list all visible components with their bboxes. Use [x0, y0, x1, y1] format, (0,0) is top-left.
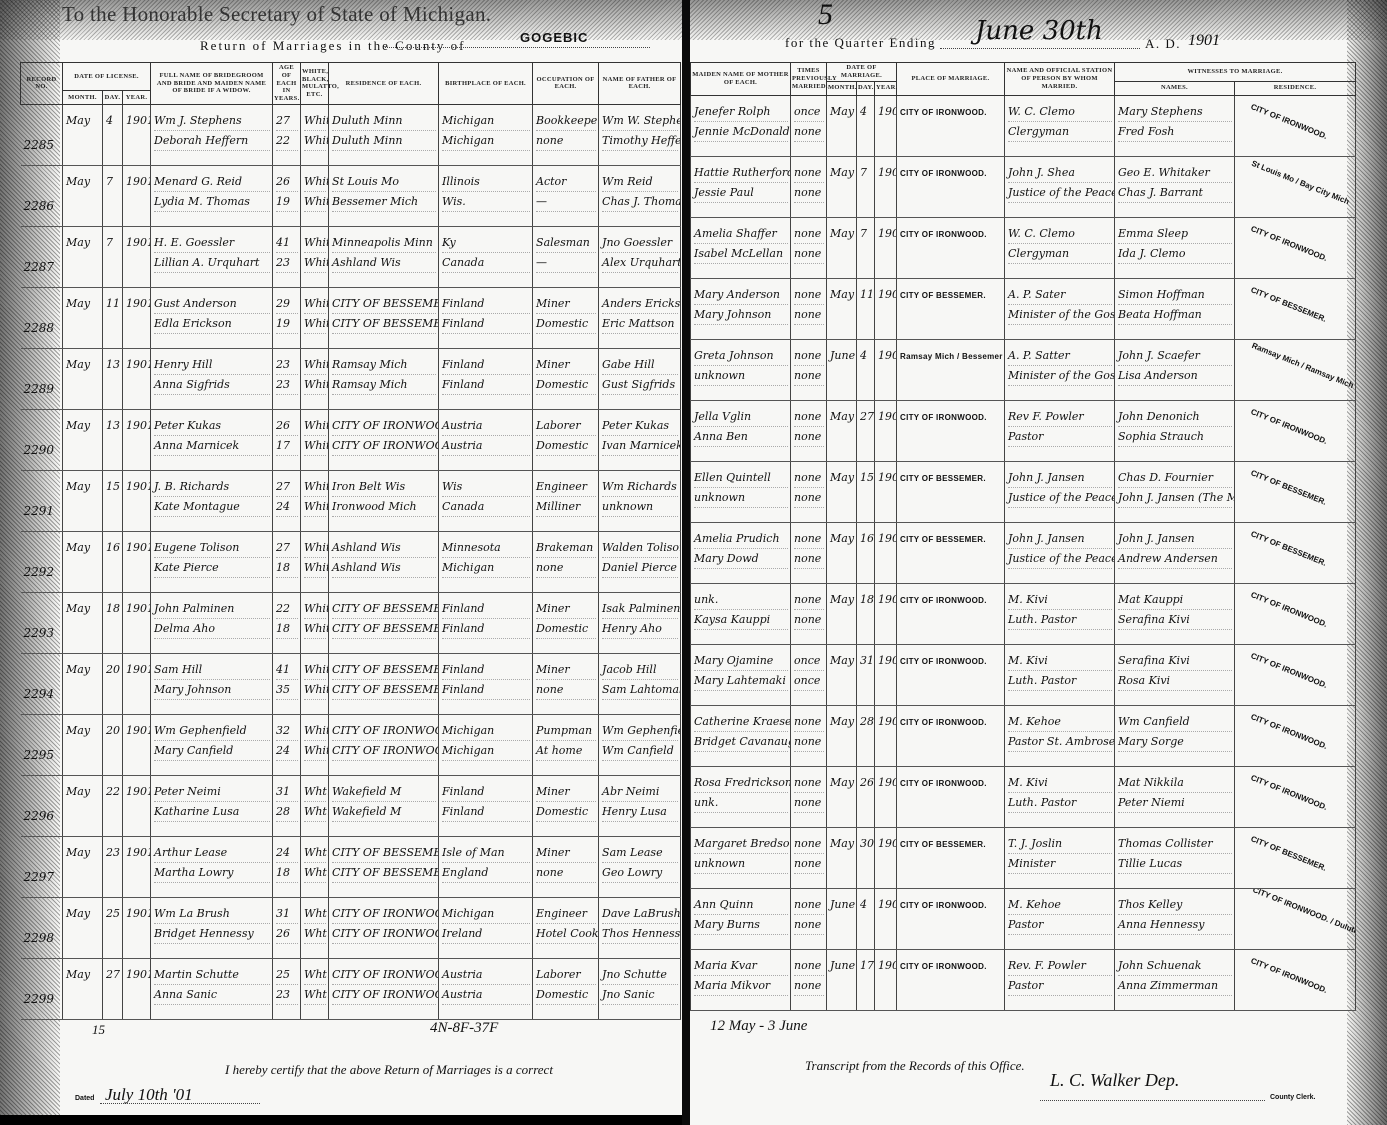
ages: 2218: [273, 592, 301, 653]
occupation: Brakemannone: [533, 531, 599, 592]
ages: 2919: [273, 287, 301, 348]
residence: Minneapolis MinnAshland Wis: [329, 226, 439, 287]
times-married: nonenone: [791, 339, 827, 400]
place-stamp: CITY OF IRONWOOD.: [900, 108, 987, 117]
residence: CITY OF IRONWOOD.CITY OF IRONWOOD.: [329, 714, 439, 775]
color-line: White: [304, 538, 326, 558]
license-day: 20: [103, 653, 123, 714]
witness-names: Simon HoffmanBeata Hoffman: [1115, 278, 1235, 339]
bottom-right-note: 12 May - 3 June: [710, 1018, 807, 1035]
marriage-month: May: [827, 522, 857, 583]
marriage-month: May: [827, 644, 857, 705]
ages-line: 22: [276, 131, 298, 151]
witness-residence: CITY OF IRONWOOD.: [1235, 949, 1356, 1010]
license-month: May: [63, 531, 103, 592]
ages-line: 27: [276, 538, 298, 558]
ages: 2722: [273, 104, 301, 165]
residence-stamp: CITY OF IRONWOOD.: [1247, 646, 1330, 695]
record-number: 2291: [21, 470, 63, 531]
father: Wm ReidChas J. Thomas: [599, 165, 681, 226]
mother-line: Amelia Shaffer: [694, 224, 788, 244]
names: H. E. GoesslerLillian A. Urquhart: [151, 226, 273, 287]
license-year: 1901: [123, 348, 151, 409]
place-of-marriage: CITY OF IRONWOOD.: [897, 400, 1005, 461]
mother-line: Hattie Rutherford: [694, 163, 788, 183]
residence-stamp: St Louis Mo / Bay City Mich: [1248, 156, 1352, 211]
mother: Greta Johnsonunknown: [691, 339, 791, 400]
marriage-day: 30: [857, 827, 875, 888]
residence-line: CITY OF BESSEMER.: [332, 314, 436, 334]
place-stamp: CITY OF IRONWOOD.: [900, 413, 987, 422]
father-line: unknown: [602, 497, 678, 517]
col-record-no: Record No.: [21, 63, 63, 105]
license-month: May: [63, 165, 103, 226]
occupation: MinerDomestic: [533, 592, 599, 653]
witness-names-line: Peter Niemi: [1118, 793, 1232, 813]
officiant-line: Justice of the Peace: [1008, 183, 1112, 203]
officiant-line: Luth. Pastor: [1008, 610, 1112, 630]
residence-line: CITY OF BESSEMER.: [332, 843, 436, 863]
residence: CITY OF BESSEMER.CITY OF BESSEMER.: [329, 592, 439, 653]
times-married-line: none: [794, 224, 824, 244]
birthplace: FinlandFinland: [439, 775, 533, 836]
marriage-day: 4: [857, 888, 875, 949]
residence-line: Ramsay Mich: [332, 355, 436, 375]
residence-line: CITY OF IRONWOOD.: [332, 436, 436, 456]
birthplace-line: Finland: [442, 782, 530, 802]
father-line: Henry Aho: [602, 619, 678, 639]
ages-line: 28: [276, 802, 298, 822]
col-witness-names: Names.: [1115, 81, 1235, 95]
residence-stamp: CITY OF IRONWOOD.: [1247, 707, 1330, 756]
officiant-line: Pastor: [1008, 976, 1112, 996]
license-year: 1901: [123, 958, 151, 1019]
mother-line: Bridget Cavanaugh: [694, 732, 788, 752]
father: Gabe HillGust Sigfrids: [599, 348, 681, 409]
birthplace: WisCanada: [439, 470, 533, 531]
witness-names-line: Lisa Anderson: [1118, 366, 1232, 386]
birthplace-line: Austria: [442, 965, 530, 985]
times-married-line: none: [794, 732, 824, 752]
times-married-line: none: [794, 407, 824, 427]
table-row: Maria KvarMaria MikvornonenoneJune171901…: [691, 949, 1356, 1010]
occupation-line: Laborer: [536, 416, 596, 436]
mother-line: Maria Mikvor: [694, 976, 788, 996]
officiant-line: M. Kehoe: [1008, 712, 1112, 732]
names: Sam HillMary Johnson: [151, 653, 273, 714]
residence-stamp: CITY OF BESSEMER.: [1247, 463, 1329, 512]
birthplace-line: Canada: [442, 497, 530, 517]
residence-line: Duluth Minn: [332, 131, 436, 151]
mother: Rosa Fredricksonunk.: [691, 766, 791, 827]
officiant: M. KehoePastor: [1005, 888, 1115, 949]
officiant: T. J. JoslinMinister: [1005, 827, 1115, 888]
ages: 4123: [273, 226, 301, 287]
names: Gust AndersonEdla Erickson: [151, 287, 273, 348]
table-row: Rosa Fredricksonunk.nonenoneMay261901CIT…: [691, 766, 1356, 827]
ages-line: 26: [276, 924, 298, 944]
occupation-line: none: [536, 863, 596, 883]
col-times-married: Times Previously Married.: [791, 63, 827, 96]
father-line: Timothy Heffern: [602, 131, 678, 151]
father-line: Peter Kukas: [602, 416, 678, 436]
witness-names-line: John J. Jansen: [1118, 529, 1232, 549]
license-day: 15: [103, 470, 123, 531]
col-witness-residence: Residence.: [1235, 81, 1356, 95]
times-married: nonenone: [791, 156, 827, 217]
officiant-line: A. P. Sater: [1008, 285, 1112, 305]
col-age: Age of Each in Years.: [273, 63, 301, 105]
license-month: May: [63, 592, 103, 653]
license-year: 1901: [123, 653, 151, 714]
page-number: 5: [818, 0, 833, 32]
names: John PalminenDelma Aho: [151, 592, 273, 653]
names-line: Sam Hill: [154, 660, 270, 680]
birthplace: IllinoisWis.: [439, 165, 533, 226]
marriage-day: 26: [857, 766, 875, 827]
names-line: J. B. Richards: [154, 477, 270, 497]
color-line: Wht.: [304, 863, 326, 883]
clerk-line: [1040, 1100, 1265, 1101]
officiant: M. KiviLuth. Pastor: [1005, 644, 1115, 705]
table-row: 2287May71901H. E. GoesslerLillian A. Urq…: [21, 226, 681, 287]
place-of-marriage: CITY OF IRONWOOD.: [897, 766, 1005, 827]
residence-stamp: CITY OF BESSEMER.: [1247, 524, 1329, 573]
license-day: 25: [103, 897, 123, 958]
ages-line: 17: [276, 436, 298, 456]
mother-line: Margaret Bredson: [694, 834, 788, 854]
birthplace: AustriaAustria: [439, 409, 533, 470]
officiant-line: W. C. Clemo: [1008, 224, 1112, 244]
table-row: Margaret BredsonunknownnonenoneMay301901…: [691, 827, 1356, 888]
father-line: Gabe Hill: [602, 355, 678, 375]
color: WhiteWhite: [301, 165, 329, 226]
ages: 3224: [273, 714, 301, 775]
officiant-line: T. J. Joslin: [1008, 834, 1112, 854]
witness-names-line: Wm Canfield: [1118, 712, 1232, 732]
ages: 2718: [273, 531, 301, 592]
license-month: May: [63, 409, 103, 470]
father: Wm W. StephensTimothy Heffern: [599, 104, 681, 165]
times-married: nonenone: [791, 705, 827, 766]
residence: CITY OF BESSEMER.CITY OF BESSEMER.: [329, 287, 439, 348]
officiant-line: Clergyman: [1008, 244, 1112, 264]
witness-names-line: Thomas Collister: [1118, 834, 1232, 854]
names-line: Martha Lowry: [154, 863, 270, 883]
times-married: nonenone: [791, 949, 827, 1010]
marriage-year: 1901: [875, 339, 897, 400]
times-married-line: none: [794, 346, 824, 366]
color-line: White: [304, 416, 326, 436]
mother: Jenefer RolphJennie McDonald: [691, 95, 791, 156]
ages-line: 24: [276, 741, 298, 761]
occupation-line: Engineer: [536, 477, 596, 497]
times-married-line: none: [794, 468, 824, 488]
father: Walden TolisonDaniel Pierce: [599, 531, 681, 592]
names-line: Kate Pierce: [154, 558, 270, 578]
officiant-line: M. Kivi: [1008, 773, 1112, 793]
officiant-line: Minister of the Gospel: [1008, 366, 1112, 386]
table-row: 2288May111901Gust AndersonEdla Erickson2…: [21, 287, 681, 348]
mother-line: unk.: [694, 793, 788, 813]
mother: Ann QuinnMary Burns: [691, 888, 791, 949]
witness-names: John J. JansenAndrew Andersen: [1115, 522, 1235, 583]
residence-line: Bessemer Mich: [332, 192, 436, 212]
left-page: To the Honorable Secretary of State of M…: [0, 0, 682, 1115]
occupation-line: Brakeman: [536, 538, 596, 558]
mother-line: Jennie McDonald: [694, 122, 788, 142]
birthplace-line: Michigan: [442, 904, 530, 924]
table-row: 2293May181901John PalminenDelma Aho2218W…: [21, 592, 681, 653]
witness-residence: CITY OF BESSEMER.: [1235, 461, 1356, 522]
dated-value: July 10th '01: [105, 1085, 193, 1105]
father: Isak PalminenHenry Aho: [599, 592, 681, 653]
record-number: 2288: [21, 287, 63, 348]
father-line: Walden Tolison: [602, 538, 678, 558]
ages-line: 18: [276, 558, 298, 578]
times-married: nonenone: [791, 217, 827, 278]
table-row: Jenefer RolphJennie McDonaldoncenoneMay4…: [691, 95, 1356, 156]
times-married-line: none: [794, 915, 824, 935]
marriage-month: May: [827, 278, 857, 339]
birthplace-line: Finland: [442, 619, 530, 639]
table-row: Amelia PrudichMary DowdnonenoneMay161901…: [691, 522, 1356, 583]
officiant: W. C. ClemoClergyman: [1005, 217, 1115, 278]
table-row: 2295May201901Wm GephenfieldMary Canfield…: [21, 714, 681, 775]
marriage-year: 1901: [875, 461, 897, 522]
occupation-line: Miner: [536, 355, 596, 375]
father-line: Sam Lahtomaki: [602, 680, 678, 700]
names-line: Eugene Tolison: [154, 538, 270, 558]
marriage-day: 31: [857, 644, 875, 705]
mother-line: unknown: [694, 488, 788, 508]
color-line: Wht.: [304, 802, 326, 822]
birthplace-line: Canada: [442, 253, 530, 273]
residence-line: Wakefield M: [332, 802, 436, 822]
color-line: Wht.: [304, 985, 326, 1005]
license-month: May: [63, 897, 103, 958]
officiant-line: M. Kivi: [1008, 590, 1112, 610]
witness-names: Emma SleepIda J. Clemo: [1115, 217, 1235, 278]
license-month: May: [63, 287, 103, 348]
officiant-line: Luth. Pastor: [1008, 793, 1112, 813]
times-married: nonenone: [791, 888, 827, 949]
place-stamp: Ramsay Mich / Bessemer: [900, 352, 1003, 361]
table-row: Hattie RutherfordJessie PaulnonenoneMay7…: [691, 156, 1356, 217]
place-of-marriage: Ramsay Mich / Bessemer: [897, 339, 1005, 400]
witness-names-line: Thos Kelley: [1118, 895, 1232, 915]
birthplace-line: Wis: [442, 477, 530, 497]
residence-line: CITY OF IRONWOOD.: [332, 904, 436, 924]
record-number: 2287: [21, 226, 63, 287]
clerk-label: County Clerk.: [1270, 1094, 1316, 1101]
residence-line: CITY OF BESSEMER.: [332, 599, 436, 619]
mother-line: Rosa Fredrickson: [694, 773, 788, 793]
witness-names: Mat KauppiSerafina Kivi: [1115, 583, 1235, 644]
times-married: nonenone: [791, 400, 827, 461]
father-line: Anders Erickson: [602, 294, 678, 314]
col-mar-day: Day.: [857, 81, 875, 95]
mother-line: Mary Anderson: [694, 285, 788, 305]
table-row: 2289May131901Henry HillAnna Sigfrids2323…: [21, 348, 681, 409]
residence-line: Wakefield M: [332, 782, 436, 802]
ages-line: 23: [276, 985, 298, 1005]
officiant: W. C. ClemoClergyman: [1005, 95, 1115, 156]
col-witnesses: Witnesses to Marriage.: [1115, 63, 1356, 82]
father-line: Eric Mattson: [602, 314, 678, 334]
times-married-line: none: [794, 773, 824, 793]
ages: 2523: [273, 958, 301, 1019]
times-married: nonenone: [791, 766, 827, 827]
witness-residence: St Louis Mo / Bay City Mich: [1235, 156, 1356, 217]
times-married-line: none: [794, 956, 824, 976]
ad-value: 1901: [1188, 32, 1220, 50]
ages-line: 18: [276, 863, 298, 883]
table-row: 2298May251901Wm La BrushBridget Hennessy…: [21, 897, 681, 958]
father: Dave LaBrushThos Hennessy: [599, 897, 681, 958]
table-row: Mary OjamineMary LahtemakionceonceMay311…: [691, 644, 1356, 705]
marriage-day: 7: [857, 217, 875, 278]
marriage-month: May: [827, 95, 857, 156]
times-married: onceonce: [791, 644, 827, 705]
names-line: Anna Sigfrids: [154, 375, 270, 395]
license-month: May: [63, 958, 103, 1019]
ages-line: 26: [276, 172, 298, 192]
witness-residence: CITY OF BESSEMER.: [1235, 278, 1356, 339]
mother-line: Mary Dowd: [694, 549, 788, 569]
witness-names-line: Andrew Andersen: [1118, 549, 1232, 569]
occupation-line: none: [536, 680, 596, 700]
ages-line: 29: [276, 294, 298, 314]
birthplace: MichiganMichigan: [439, 104, 533, 165]
residence-line: CITY OF IRONWOOD.: [332, 965, 436, 985]
col-date-of-marriage: Date of Marriage.: [827, 63, 897, 82]
left-register-table: Record No. Date of License. Full Name of…: [20, 62, 681, 1020]
color-line: White: [304, 314, 326, 334]
residence-stamp: Ramsay Mich / Ramsay Mich: [1248, 339, 1355, 395]
occupation-line: Actor: [536, 172, 596, 192]
ages: 2619: [273, 165, 301, 226]
residence-line: CITY OF IRONWOOD.: [332, 985, 436, 1005]
occupation: MinerDomestic: [533, 775, 599, 836]
times-married: nonenone: [791, 278, 827, 339]
witness-names-line: Geo E. Whitaker: [1118, 163, 1232, 183]
document-subtitle: Return of Marriages in the County of: [200, 38, 466, 54]
officiant-line: Justice of the Peace: [1008, 488, 1112, 508]
residence-line: CITY OF BESSEMER.: [332, 863, 436, 883]
mother-line: Catherine Kraeser: [694, 712, 788, 732]
occupation-line: Milliner: [536, 497, 596, 517]
officiant-line: M. Kivi: [1008, 651, 1112, 671]
occupation-line: Miner: [536, 294, 596, 314]
color: Wht.Wht.: [301, 958, 329, 1019]
witness-residence: CITY OF IRONWOOD.: [1235, 705, 1356, 766]
witness-residence: CITY OF BESSEMER.: [1235, 827, 1356, 888]
table-row: Jella VglinAnna BennonenoneMay271901CITY…: [691, 400, 1356, 461]
quarter-line: [940, 48, 1140, 49]
occupation-line: Hotel Cook: [536, 924, 596, 944]
ages: 2617: [273, 409, 301, 470]
times-married-line: once: [794, 102, 824, 122]
occupation: Actor—: [533, 165, 599, 226]
occupation-line: Domestic: [536, 375, 596, 395]
times-married-line: none: [794, 122, 824, 142]
record-number: 2294: [21, 653, 63, 714]
names: Wm J. StephensDeborah Heffern: [151, 104, 273, 165]
ages: 3128: [273, 775, 301, 836]
father: Sam LeaseGeo Lowry: [599, 836, 681, 897]
record-number: 2285: [21, 104, 63, 165]
col-place: Place of Marriage.: [897, 63, 1005, 96]
table-row: 2286May71901Menard G. ReidLydia M. Thoma…: [21, 165, 681, 226]
witness-names: John J. ScaeferLisa Anderson: [1115, 339, 1235, 400]
birthplace: Isle of ManEngland: [439, 836, 533, 897]
color-line: White: [304, 721, 326, 741]
officiant-line: John J. Shea: [1008, 163, 1112, 183]
marriage-day: 11: [857, 278, 875, 339]
place-of-marriage: CITY OF BESSEMER.: [897, 461, 1005, 522]
mother-line: Isabel McLellan: [694, 244, 788, 264]
table-row: 2296May221901Peter NeimiKatharine Lusa31…: [21, 775, 681, 836]
names-line: Deborah Heffern: [154, 131, 270, 151]
color-line: White: [304, 172, 326, 192]
witness-names-line: Anna Hennessy: [1118, 915, 1232, 935]
table-row: 2294May201901Sam HillMary Johnson4135Whi…: [21, 653, 681, 714]
color-line: White: [304, 253, 326, 273]
witness-names: Mary StephensFred Fosh: [1115, 95, 1235, 156]
mother: Hattie RutherfordJessie Paul: [691, 156, 791, 217]
color: WhiteWhite: [301, 592, 329, 653]
residence-line: Ironwood Mich: [332, 497, 436, 517]
color-line: Wht.: [304, 782, 326, 802]
color: WhiteWhite: [301, 226, 329, 287]
mother: Amelia PrudichMary Dowd: [691, 522, 791, 583]
marriage-month: May: [827, 461, 857, 522]
place-of-marriage: CITY OF BESSEMER.: [897, 827, 1005, 888]
ages-line: 24: [276, 843, 298, 863]
mother-line: Ellen Quintell: [694, 468, 788, 488]
license-year: 1901: [123, 409, 151, 470]
officiant-line: Minister of the Gospel: [1008, 305, 1112, 325]
occupation: Minernone: [533, 836, 599, 897]
ages: 2724: [273, 470, 301, 531]
page-spine: [682, 0, 690, 1125]
times-married-line: none: [794, 895, 824, 915]
birthplace: FinlandFinland: [439, 592, 533, 653]
license-month: May: [63, 348, 103, 409]
officiant: Rev. F. PowlerPastor: [1005, 949, 1115, 1010]
father: Anders EricksonEric Mattson: [599, 287, 681, 348]
marriage-day: 17: [857, 949, 875, 1010]
officiant: Rev F. PowlerPastor: [1005, 400, 1115, 461]
color-line: White: [304, 660, 326, 680]
names: Eugene TolisonKate Pierce: [151, 531, 273, 592]
marriage-year: 1901: [875, 766, 897, 827]
mother-line: unknown: [694, 854, 788, 874]
names-line: Menard G. Reid: [154, 172, 270, 192]
mother-line: Mary Ojamine: [694, 651, 788, 671]
mother-line: Kaysa Kauppi: [694, 610, 788, 630]
occupation-line: Pumpman: [536, 721, 596, 741]
officiant-line: John J. Jansen: [1008, 529, 1112, 549]
birthplace-line: Michigan: [442, 131, 530, 151]
birthplace: KyCanada: [439, 226, 533, 287]
license-month: May: [63, 775, 103, 836]
table-row: Greta JohnsonunknownnonenoneJune41901Ram…: [691, 339, 1356, 400]
witness-names: Thos KelleyAnna Hennessy: [1115, 888, 1235, 949]
color-line: White: [304, 558, 326, 578]
license-day: 18: [103, 592, 123, 653]
